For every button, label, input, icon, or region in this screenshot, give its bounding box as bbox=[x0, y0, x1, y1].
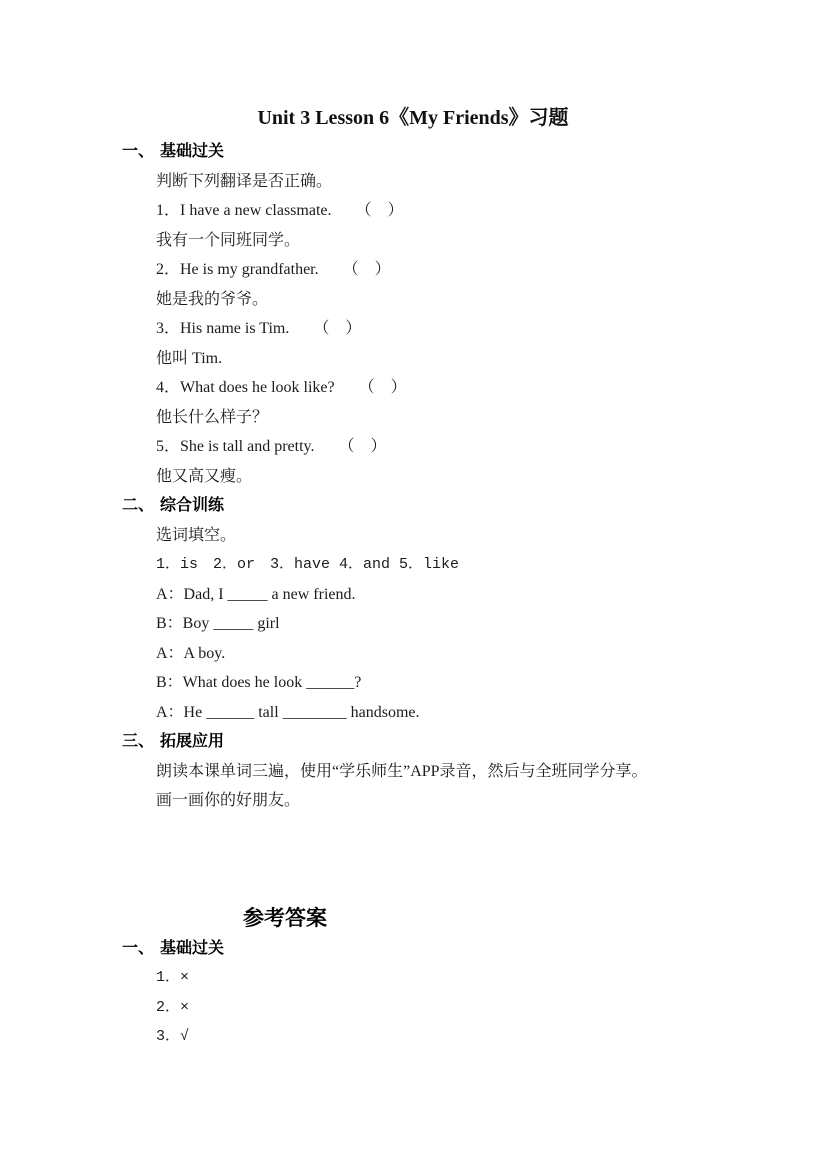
item-1-english: 1．I have a new classmate. bbox=[156, 202, 332, 219]
answer-key-section-heading: 一、基础过关 bbox=[0, 934, 826, 964]
item-4-english: 4．What does he look like? bbox=[156, 379, 335, 396]
item-4-english-line: 4．What does he look like?（ ） bbox=[0, 373, 826, 403]
item-5-answer-bracket: （ ） bbox=[339, 438, 387, 455]
document-title: Unit 3 Lesson 6《My Friends》习题 bbox=[0, 0, 826, 132]
word-bank: 1．is 2．or 3．have 4．and 5．like bbox=[0, 550, 826, 580]
item-3-english-line: 3．His name is Tim.（ ） bbox=[0, 314, 826, 344]
answer-item-3: 3．√ bbox=[0, 1022, 826, 1052]
item-2-english-line: 2．He is my grandfather.（ ） bbox=[0, 255, 826, 285]
item-5-english: 5．She is tall and pretty. bbox=[156, 438, 315, 455]
section-1-title: 基础过关 bbox=[160, 143, 224, 160]
dialogue-line-3: A：A boy. bbox=[0, 639, 826, 669]
dialogue-line-5: A：He ______ tall ________ handsome. bbox=[0, 698, 826, 728]
item-4-chinese: 他长什么样子？ bbox=[0, 403, 826, 433]
item-2-answer-bracket: （ ） bbox=[343, 261, 391, 278]
dialogue-line-2: B：Boy _____ girl bbox=[0, 609, 826, 639]
answer-key-title: 参考答案 bbox=[0, 904, 826, 932]
section-2-number: 二、 bbox=[122, 497, 154, 514]
worksheet-page: Unit 3 Lesson 6《My Friends》习题 一、基础过关 判断下… bbox=[0, 0, 826, 1169]
item-4-answer-bracket: （ ） bbox=[359, 379, 407, 396]
section-2-title: 综合训练 bbox=[160, 497, 224, 514]
answer-key-section-title: 基础过关 bbox=[160, 940, 224, 957]
item-5-english-line: 5．She is tall and pretty.（ ） bbox=[0, 432, 826, 462]
item-3-answer-bracket: （ ） bbox=[313, 320, 361, 337]
task-line-1: 朗读本课单词三遍，使用“学乐师生”APP录音，然后与全班同学分享。 bbox=[0, 757, 826, 787]
item-3-chinese: 他叫 Tim. bbox=[0, 344, 826, 374]
section-1-instructions: 判断下列翻译是否正确。 bbox=[0, 167, 826, 197]
item-2-chinese: 她是我的爷爷。 bbox=[0, 285, 826, 315]
task-line-2: 画一画你的好朋友。 bbox=[0, 786, 826, 816]
section-1-number: 一、 bbox=[122, 143, 154, 160]
item-5-chinese: 他又高又瘦。 bbox=[0, 462, 826, 492]
answer-item-1: 1．× bbox=[0, 963, 826, 993]
answer-item-2: 2．× bbox=[0, 993, 826, 1023]
section-3-number: 三、 bbox=[122, 733, 154, 750]
dialogue-line-1: A：Dad, I _____ a new friend. bbox=[0, 580, 826, 610]
item-3-english: 3．His name is Tim. bbox=[156, 320, 289, 337]
item-1-english-line: 1．I have a new classmate.（ ） bbox=[0, 196, 826, 226]
section-2-instructions: 选词填空。 bbox=[0, 521, 826, 551]
dialogue-line-4: B：What does he look ______? bbox=[0, 668, 826, 698]
section-2-heading: 二、综合训练 bbox=[0, 491, 826, 521]
answer-key-section-number: 一、 bbox=[122, 940, 154, 957]
item-1-answer-bracket: （ ） bbox=[356, 202, 404, 219]
section-3-heading: 三、拓展应用 bbox=[0, 727, 826, 757]
section-3-title: 拓展应用 bbox=[160, 733, 224, 750]
item-1-chinese: 我有一个同班同学。 bbox=[0, 226, 826, 256]
item-2-english: 2．He is my grandfather. bbox=[156, 261, 319, 278]
section-1-heading: 一、基础过关 bbox=[0, 137, 826, 167]
